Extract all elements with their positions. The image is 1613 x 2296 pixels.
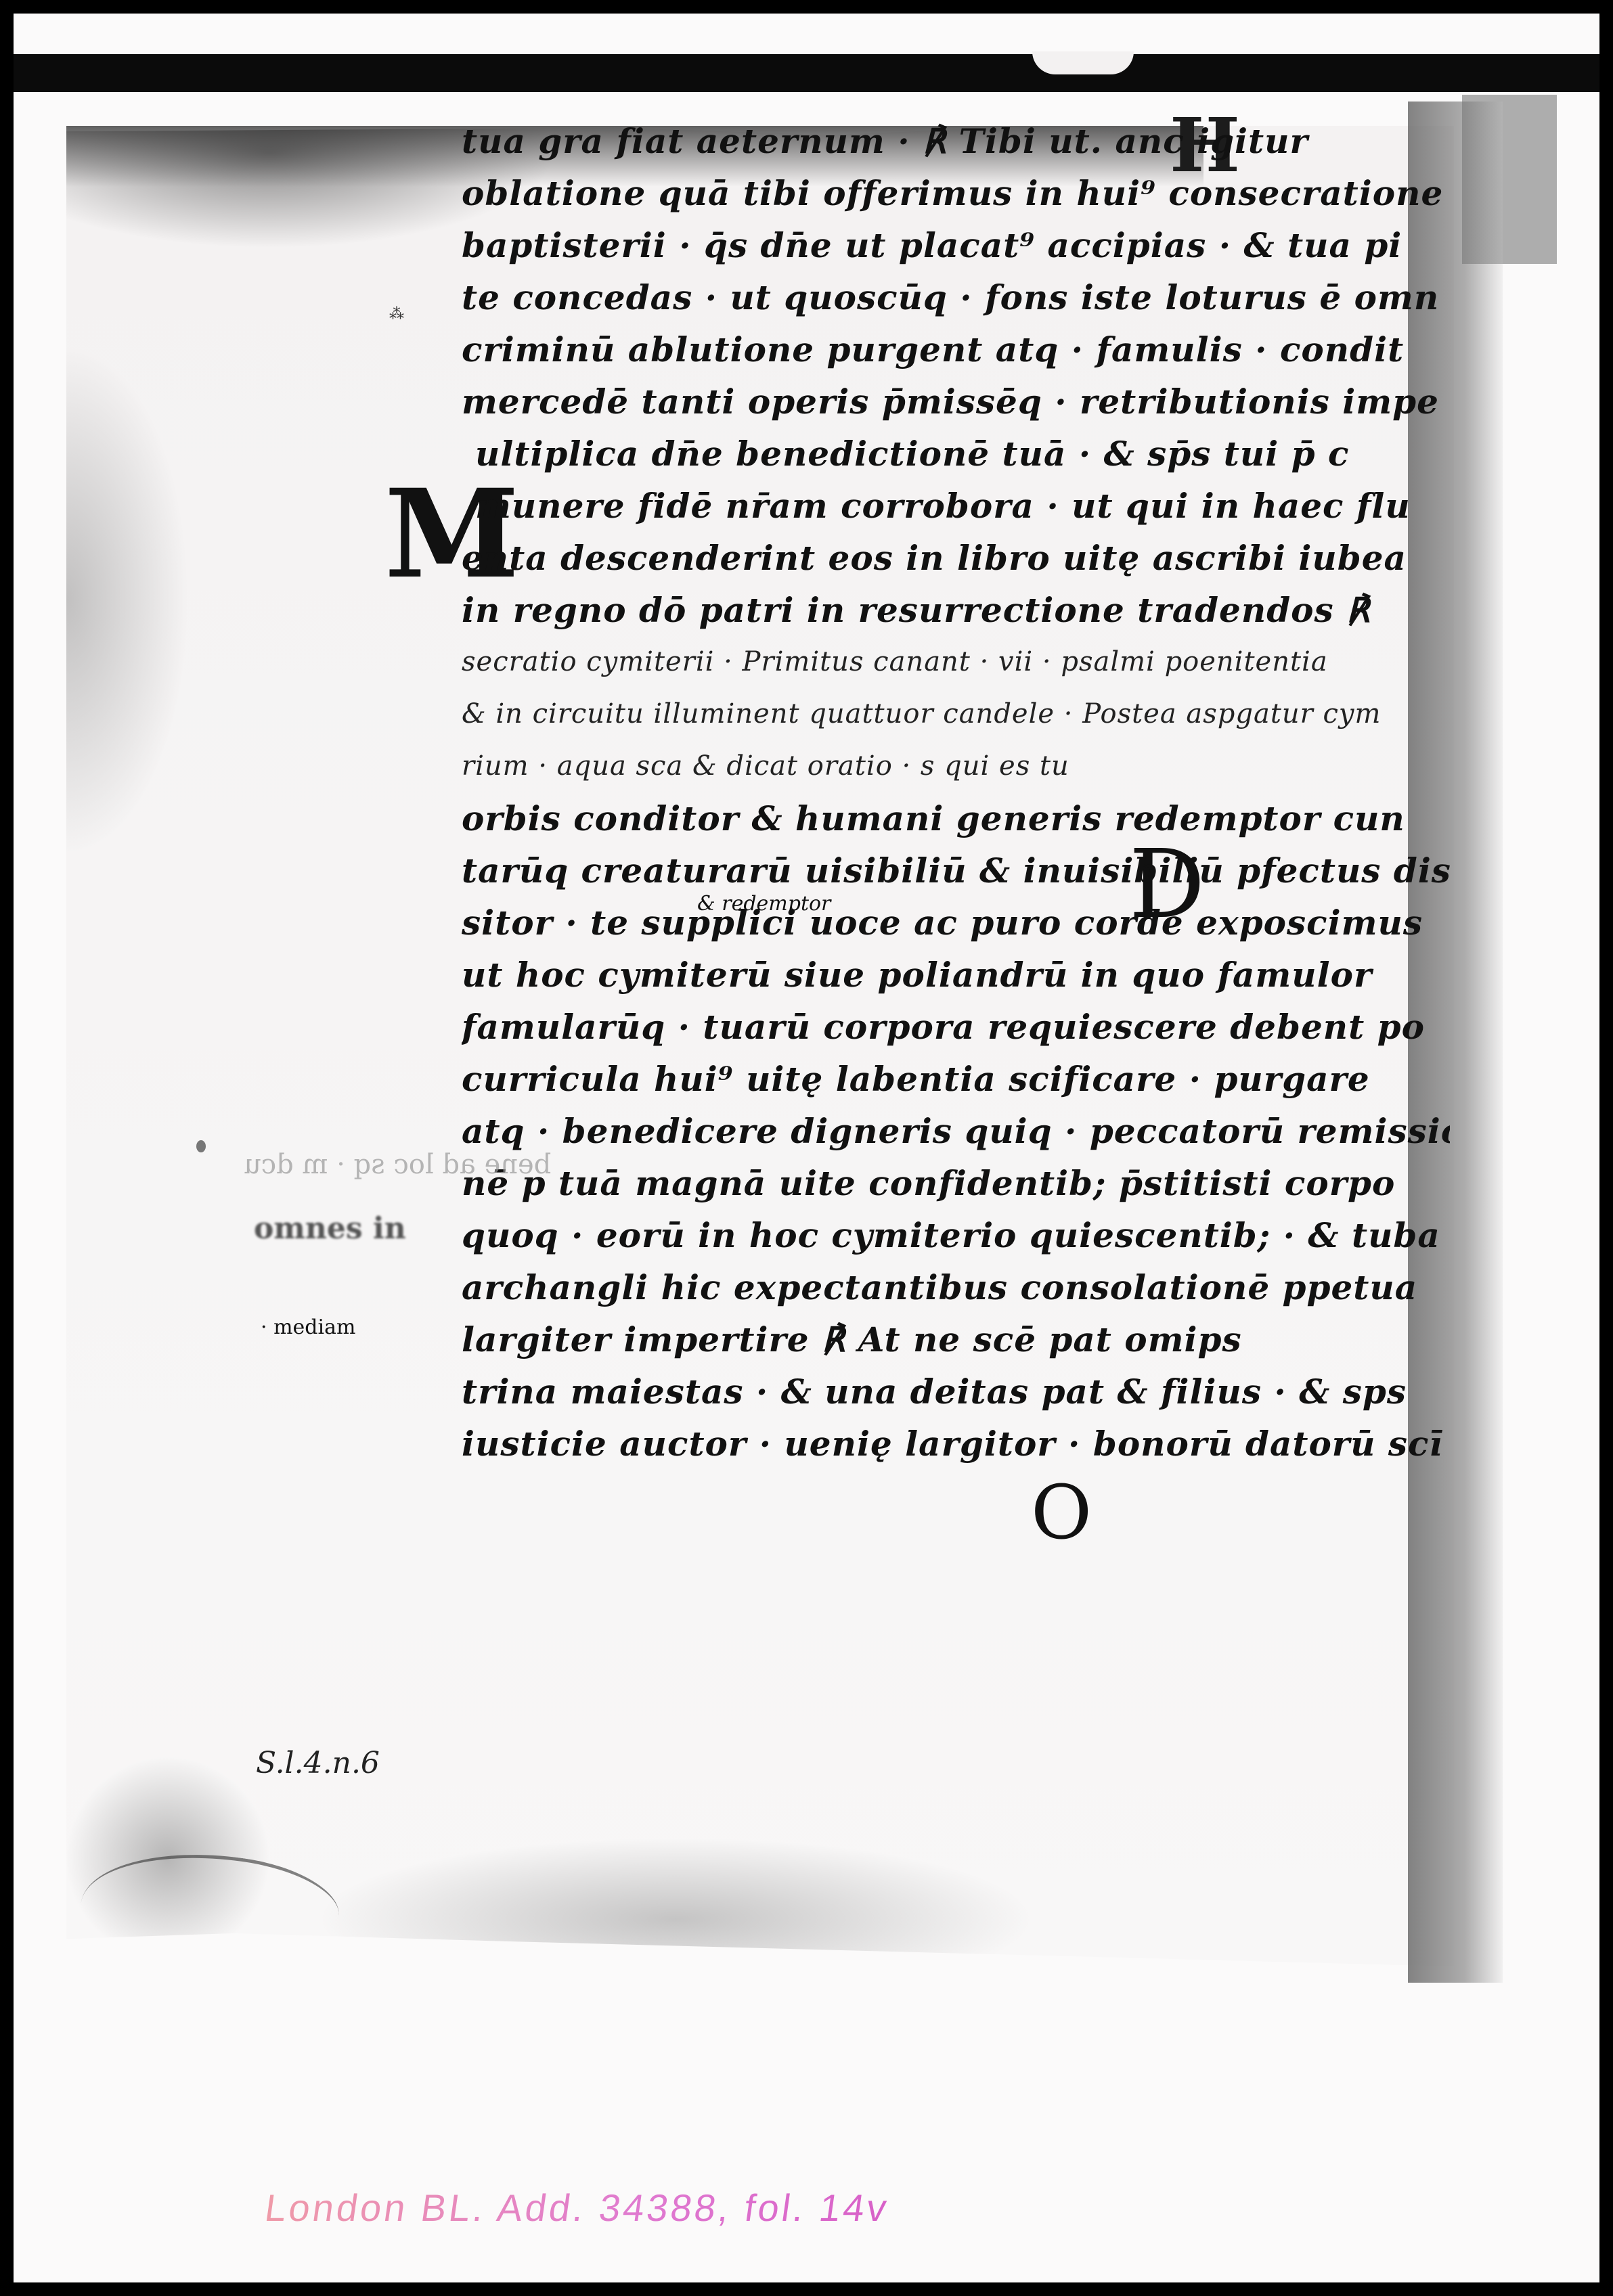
text-line: ut hoc cymiterū siue poliandrū in quo fa… (462, 949, 1450, 1001)
text-line: iusticie auctor · uenię largitor · bonor… (462, 1418, 1450, 1470)
initial-o: O (1031, 1475, 1092, 1550)
text-line: sitor · te supplici uoce ac puro corde e… (462, 897, 1450, 949)
text-line: te concedas · ut quoscūq · fons iste lot… (462, 271, 1450, 323)
margin-stain (196, 1140, 206, 1152)
text-line: curricula hui⁹ uitę labentia scificare ·… (462, 1053, 1450, 1105)
text-line: largiter impertire ℟ At ne scē pat omips (462, 1313, 1450, 1366)
text-line: mercedē tanti operis p̄missēq · retribut… (462, 376, 1450, 428)
rubric-line: & in circuitu illuminent quattuor candel… (462, 688, 1450, 740)
photo-caption: London BL. Add. 34388, fol. 14v (262, 2186, 891, 2230)
text-line: ultiplica dn̄e benedictionē tuā · & sp̄s… (462, 428, 1450, 480)
top-black-strip (14, 54, 1599, 92)
margin-note: · mediam (261, 1315, 355, 1339)
text-line: tarūq creaturarū uisibiliū & inuisibiliū… (462, 845, 1450, 897)
text-line: nē p tuā magnā uite confidentib; p̄stiti… (462, 1157, 1450, 1209)
text-line: archangli hic expectantibus consolationē… (462, 1261, 1450, 1313)
rubric-line: secratio cymiterii · Primitus canant · v… (462, 636, 1450, 688)
text-line: munere fidē nr̄am corrobora · ut qui in … (462, 480, 1450, 532)
main-text-column: tua gra fiat aeternum · ℟ Tibi ut. anc i… (462, 115, 1450, 1470)
text-line: tua gra fiat aeternum · ℟ Tibi ut. anc i… (462, 115, 1450, 167)
margin-faded-note: omnes in (254, 1211, 406, 1246)
text-line: oblatione quā tibi offerimus in hui⁹ con… (462, 167, 1450, 219)
strip-notch (1032, 51, 1134, 74)
margin-mark: ⁂ (389, 306, 404, 323)
text-line: baptisterii · q̄s dn̄e ut placat⁹ accipi… (462, 219, 1450, 271)
text-line: quoq · eorū in hoc cymiterio quiescentib… (462, 1209, 1450, 1261)
text-line: atq · benedicere digneris quiq · peccato… (462, 1105, 1450, 1157)
text-line: enta descenderint eos in libro uitę ascr… (462, 532, 1450, 584)
text-line: famularūq · tuarū corpora requiescere de… (462, 1001, 1450, 1053)
margin-offset-text: bene ad loc sq · m dcu (244, 1149, 551, 1180)
rubric-line: rium · aqua sca & dicat oratio · s qui e… (462, 740, 1450, 792)
text-line: orbis conditor & humani generis redempto… (462, 792, 1450, 845)
text-line: in regno dō patri in resurrectione trade… (462, 584, 1450, 636)
text-line: trina maiestas · & una deitas pat & fili… (462, 1366, 1450, 1418)
text-line: criminū ablutione purgent atq · famulis … (462, 323, 1450, 376)
shelfmark: S.l.4.n.6 (256, 1746, 380, 1780)
interlinear-gloss: & redemptor (697, 892, 831, 916)
